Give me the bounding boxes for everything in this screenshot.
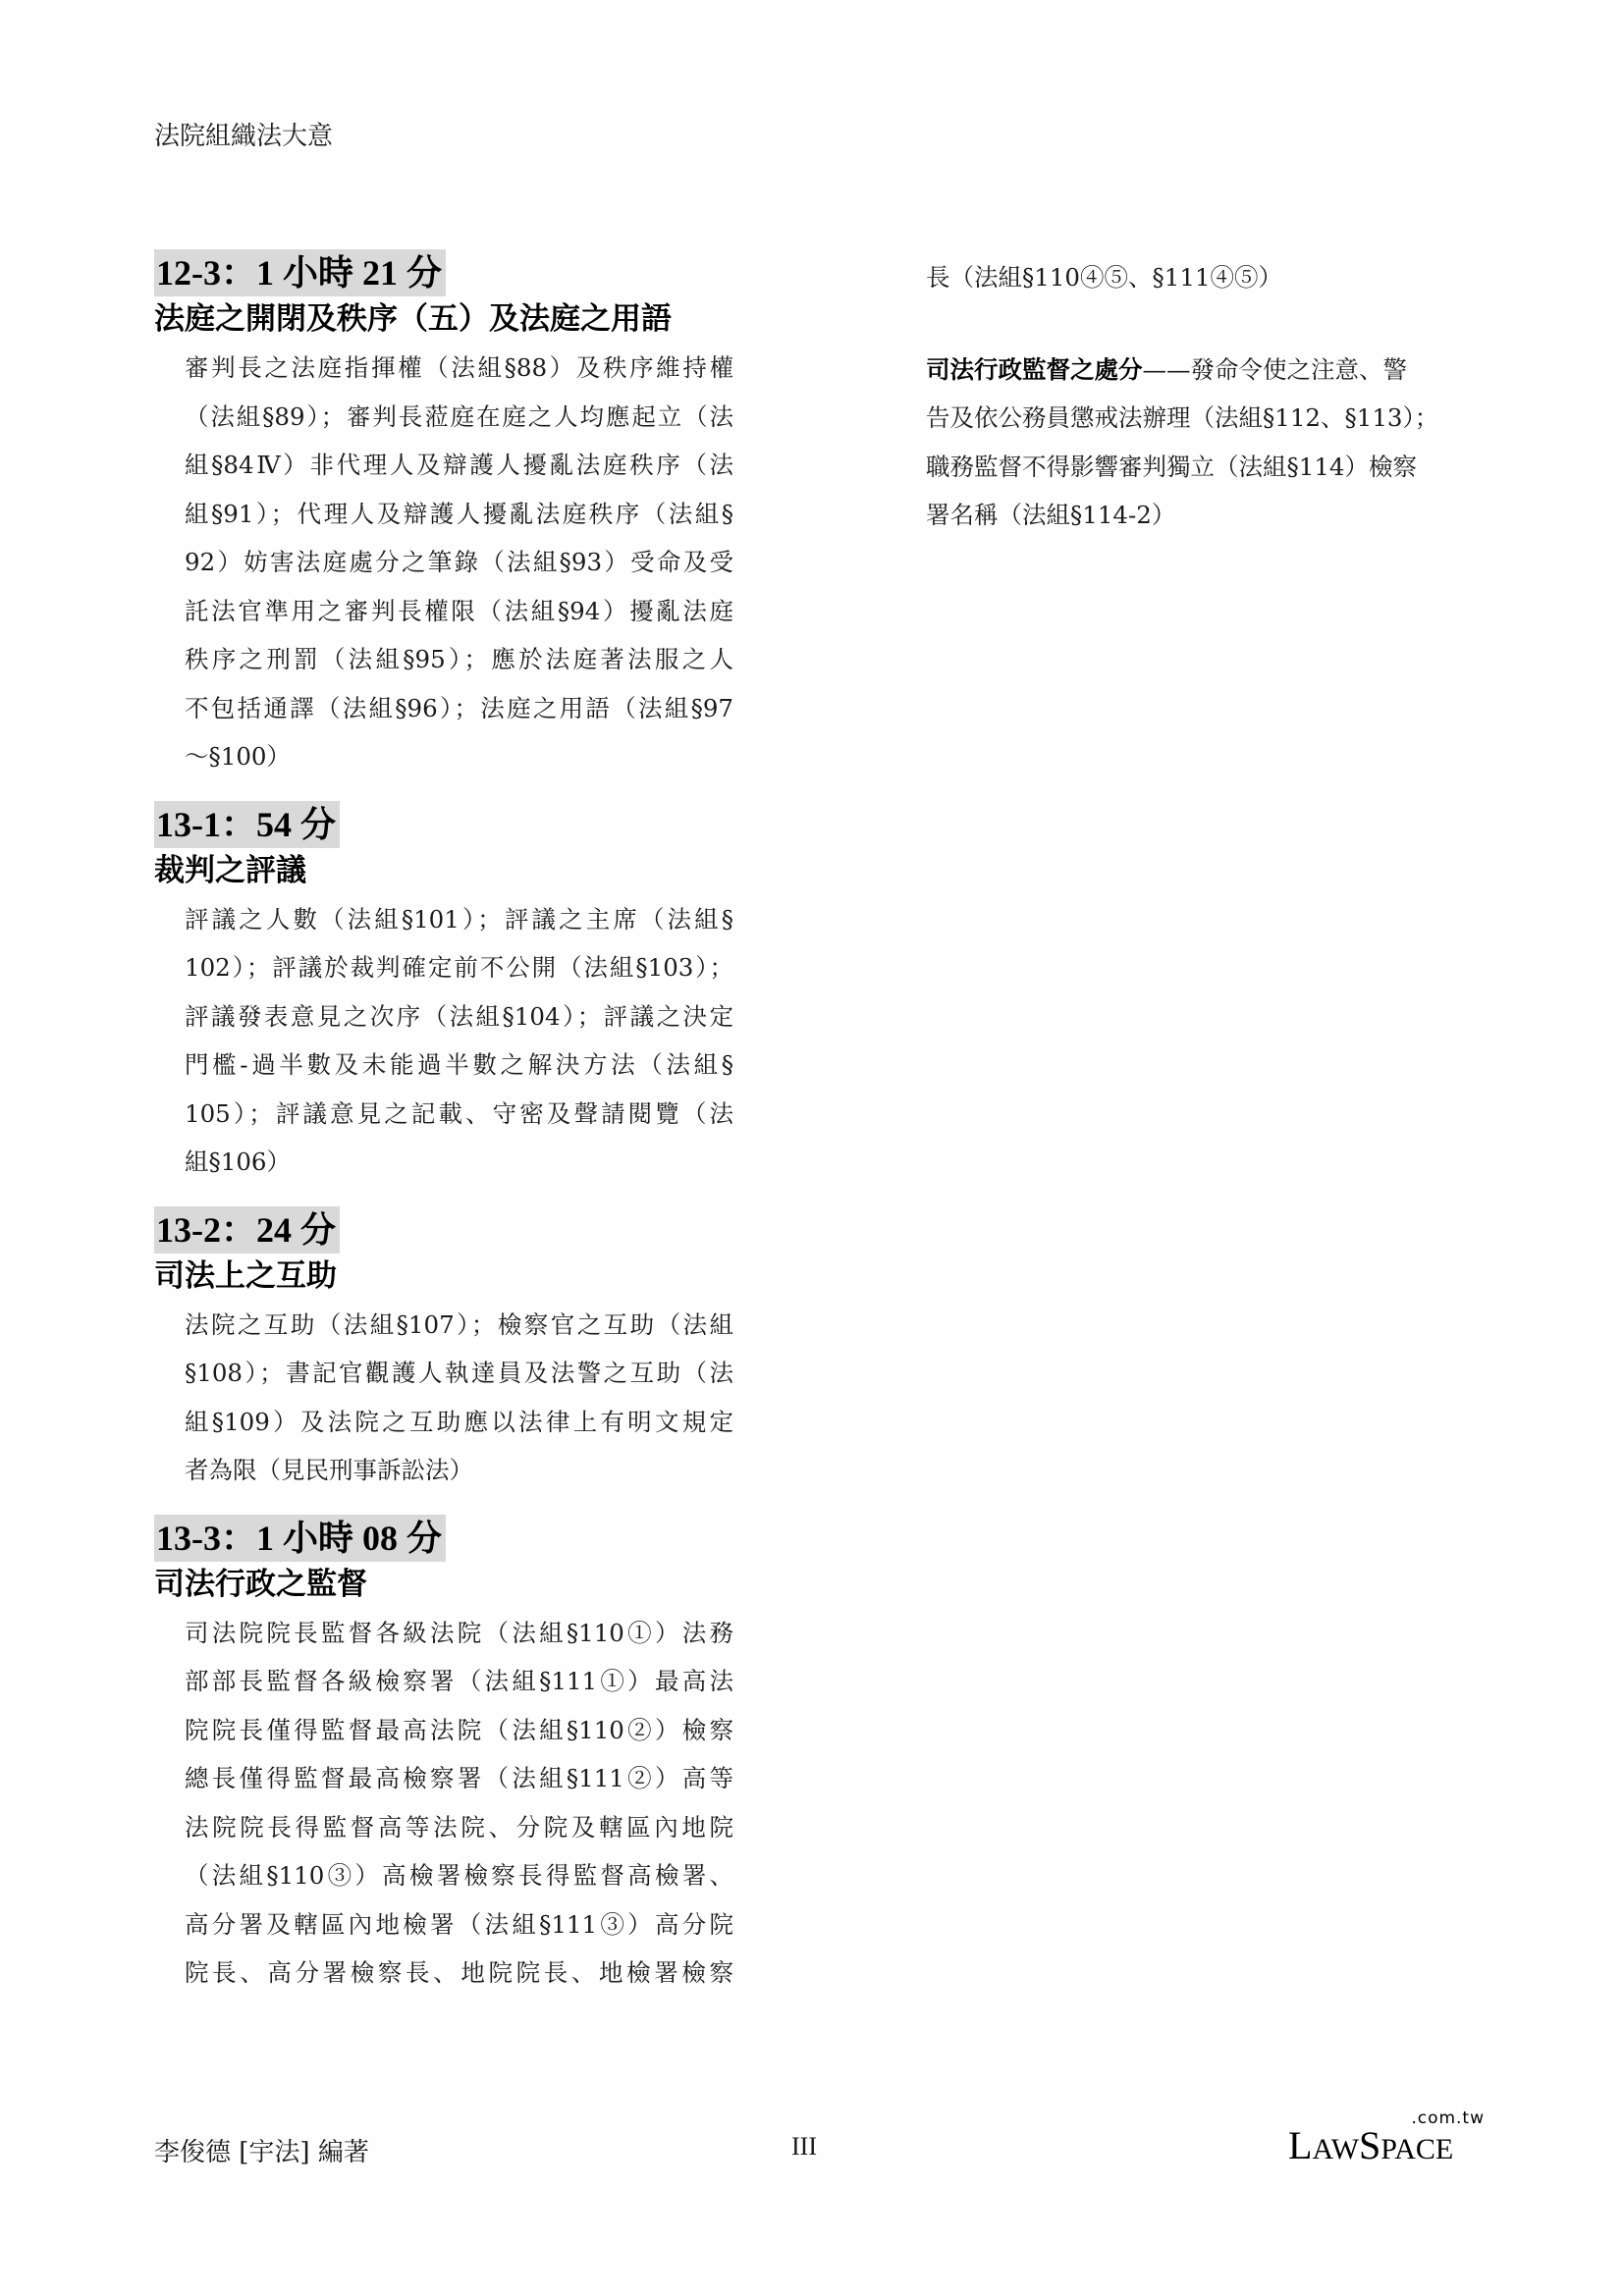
- body-line: 審判長之法庭指揮權（法組§88）及秩序維持權: [185, 344, 733, 393]
- section-title: 司法行政之監督: [154, 1562, 733, 1607]
- body-line: §108）；書記官觀護人執達員及法警之互助（法: [185, 1349, 733, 1398]
- logo-letters: PACE: [1380, 2133, 1453, 2165]
- body-line: ～§100）: [185, 732, 733, 781]
- em-dash: ——: [1143, 355, 1191, 384]
- lawspace-logo: .com.tw LAWSPACE: [1288, 2109, 1494, 2167]
- section-title: 法庭之開閉及秩序（五）及法庭之用語: [154, 296, 733, 342]
- section-body: 審判長之法庭指揮權（法組§88）及秩序維持權 （法組§89）；審判長蒞庭在庭之人…: [154, 344, 733, 781]
- body-line: 105）；評議意見之記載、守密及聲請閱覽（法: [185, 1090, 733, 1139]
- logo-letters: AW: [1312, 2133, 1359, 2165]
- body-line: 92）妨害法庭處分之筆錄（法組§93）受命及受: [185, 538, 733, 587]
- section-body: 司法院院長監督各級法院（法組§110①）法務 部部長監督各級檢察署（法組§111…: [154, 1609, 733, 1998]
- page-number: III: [791, 2132, 817, 2162]
- body-line: 司法行政監督之處分——發命令使之注意、警: [926, 346, 1495, 395]
- term-definition-block: 司法行政監督之處分——發命令使之注意、警 告及依公務員懲戒法辦理（法組§112、…: [926, 346, 1495, 540]
- section-body: 評議之人數（法組§101）；評議之主席（法組§ 102）；評議於裁判確定前不公開…: [154, 895, 733, 1187]
- body-line: 102）；評議於裁判確定前不公開（法組§103）；: [185, 943, 733, 992]
- section-13-3: 13-3：1 小時 08 分 司法行政之監督 司法院院長監督各級法院（法組§11…: [154, 1515, 733, 1998]
- body-line: 院院長僅得監督最高法院（法組§110②）檢察: [185, 1706, 733, 1755]
- body-line: 法院院長得監督高等法院、分院及轄區內地院: [185, 1803, 733, 1852]
- logo-letter: S: [1359, 2123, 1380, 2167]
- section-13-1: 13-1：54 分 裁判之評議 評議之人數（法組§101）；評議之主席（法組§ …: [154, 801, 733, 1187]
- body-line: 組§109）及法院之互助應以法律上有明文規定: [185, 1398, 733, 1447]
- section-time-badge: 13-2：24 分: [154, 1206, 340, 1254]
- body-line: 秩序之刑罰（法組§95）；應於法庭著法服之人: [185, 635, 733, 684]
- section-12-3: 12-3：1 小時 21 分 法庭之開閉及秩序（五）及法庭之用語 審判長之法庭指…: [154, 249, 733, 781]
- footer-author: 李俊德 [宇法] 編著: [154, 2132, 369, 2168]
- section-title: 司法上之互助: [154, 1254, 733, 1299]
- body-line: 託法官準用之審判長權限（法組§94）擾亂法庭: [185, 587, 733, 636]
- section-time-badge: 13-1：54 分: [154, 801, 340, 848]
- body-line: 門檻-過半數及未能過半數之解決方法（法組§: [185, 1041, 733, 1090]
- body-line: （法組§89）；審判長蒞庭在庭之人均應起立（法: [185, 393, 733, 442]
- logo-wordmark: LAWSPACE: [1288, 2122, 1453, 2168]
- body-line: 組§91）；代理人及辯護人擾亂法庭秩序（法組§: [185, 490, 733, 539]
- body-line: 部部長監督各級檢察署（法組§111①）最高法: [185, 1657, 733, 1706]
- section-13-2: 13-2：24 分 司法上之互助 法院之互助（法組§107）；檢察官之互助（法組…: [154, 1206, 733, 1495]
- logo-letter: L: [1288, 2123, 1312, 2167]
- section-time-badge: 12-3：1 小時 21 分: [154, 249, 446, 296]
- body-line: 長（法組§110④⑤、§111④⑤）: [926, 253, 1495, 302]
- continuation-block: 長（法組§110④⑤、§111④⑤）: [926, 253, 1495, 302]
- body-line: 職務監督不得影響審判獨立（法組§114）檢察: [926, 443, 1495, 492]
- body-line: 司法院院長監督各級法院（法組§110①）法務: [185, 1609, 733, 1658]
- body-line: 評議發表意見之次序（法組§104）；評議之決定: [185, 992, 733, 1041]
- right-column: 長（法組§110④⑤、§111④⑤） 司法行政監督之處分——發命令使之注意、警 …: [926, 249, 1495, 540]
- body-line: 不包括通譯（法組§96）；法庭之用語（法組§97: [185, 684, 733, 733]
- body-line: 組§84Ⅳ）非代理人及辯護人擾亂法庭秩序（法: [185, 441, 733, 490]
- defined-term: 司法行政監督之處分: [926, 355, 1143, 384]
- body-line: 總長僅得監督最高檢察署（法組§111②）高等: [185, 1754, 733, 1803]
- body-line: 組§106）: [185, 1138, 733, 1187]
- running-header-title: 法院組織法大意: [154, 116, 333, 152]
- body-line: 高分署及轄區內地檢署（法組§111③）高分院: [185, 1900, 733, 1949]
- section-title: 裁判之評議: [154, 848, 733, 893]
- body-line: 院長、高分署檢察長、地院院長、地檢署檢察: [185, 1949, 733, 1998]
- section-body: 法院之互助（法組§107）；檢察官之互助（法組 §108）；書記官觀護人執達員及…: [154, 1301, 733, 1495]
- left-column: 12-3：1 小時 21 分 法庭之開閉及秩序（五）及法庭之用語 審判長之法庭指…: [154, 249, 733, 1998]
- body-line: 者為限（見民刑事訴訟法）: [185, 1446, 733, 1495]
- section-time-badge: 13-3：1 小時 08 分: [154, 1515, 446, 1562]
- term-line-text: 發命令使之注意、警: [1191, 355, 1408, 384]
- body-line: （法組§110③）高檢署檢察長得監督高檢署、: [185, 1851, 733, 1900]
- body-line: 署名稱（法組§114-2）: [926, 491, 1495, 540]
- body-line: 評議之人數（法組§101）；評議之主席（法組§: [185, 895, 733, 944]
- body-line: 法院之互助（法組§107）；檢察官之互助（法組: [185, 1301, 733, 1350]
- body-line: 告及依公務員懲戒法辦理（法組§112、§113）；: [926, 394, 1495, 443]
